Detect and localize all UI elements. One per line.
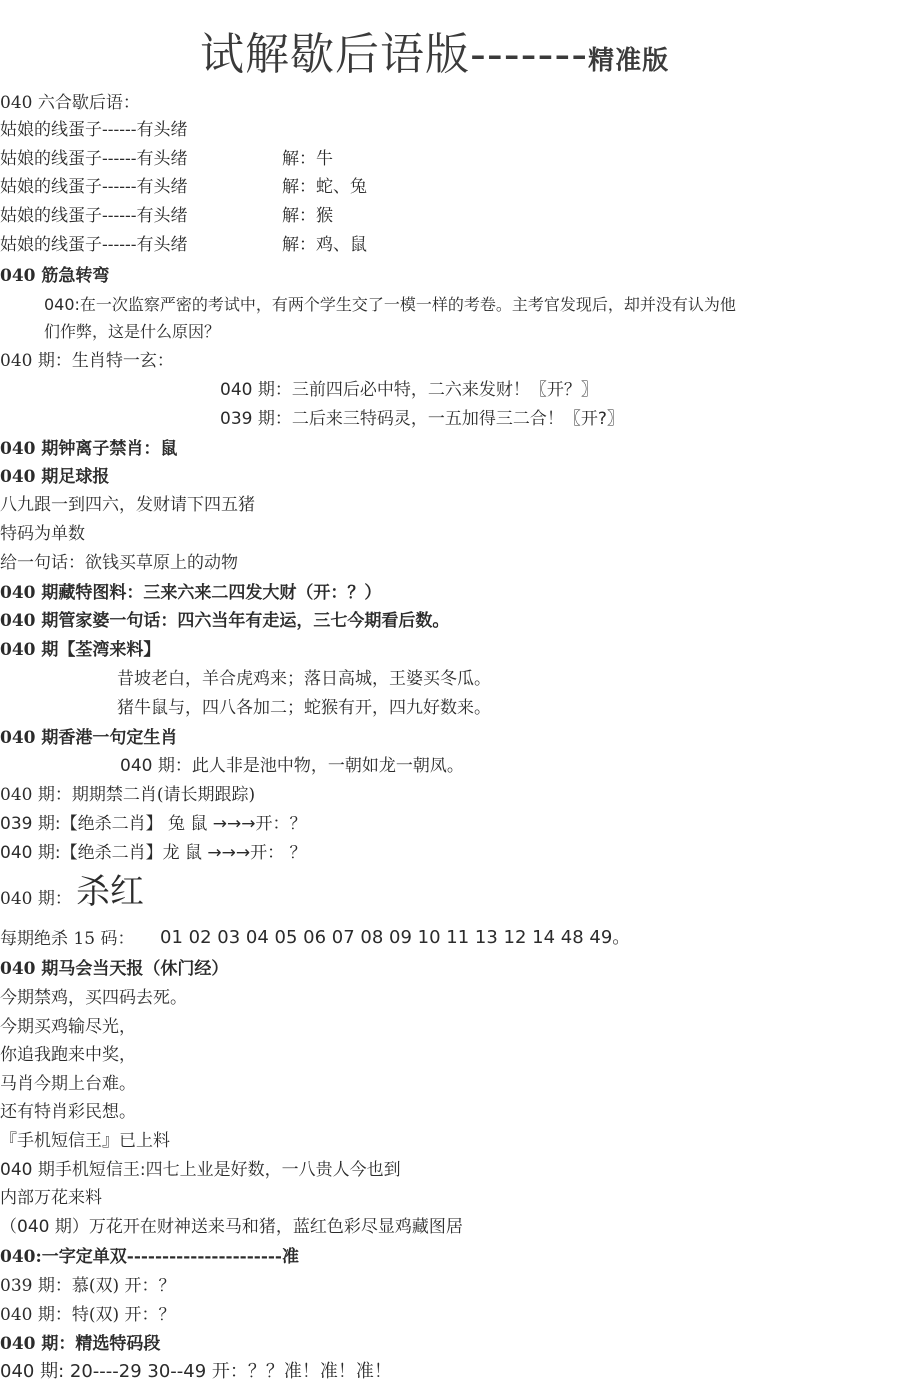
shahong-value: 杀红: [76, 872, 144, 912]
sms-line: 040 期手机短信王:四七上业是好数，一八贵人今也到: [0, 1159, 401, 1181]
quanwan-line: 昔坡老白，羊合虎鸡来；落日高城，王婆买冬瓜。: [117, 668, 491, 690]
mahui-line: 马肖今期上台难。: [0, 1073, 136, 1095]
jin2-039: 039 期:【绝杀二肖】 兔 鼠 →→→开：？: [0, 813, 307, 835]
shengxiao-heading: 040 期：生肖特一玄：: [0, 350, 174, 372]
kill15-numbers: 01 02 03 04 05 06 07 08 09 10 11 13 12 1…: [160, 927, 630, 949]
zhongli-forbid: 040 期钟离子禁肖：鼠: [0, 438, 177, 460]
quanwan-line: 猪牛鼠与，四八各加二；蛇猴有开，四九好数来。: [117, 697, 491, 719]
football-heading: 040 期足球报: [0, 466, 109, 488]
title-main: 试解歇后语版: [200, 29, 470, 80]
cangte-line: 040 期藏特图料：三来六来二四发大财（开：？）: [0, 582, 381, 604]
football-line: 特码为单数: [0, 523, 85, 545]
hongkong-heading: 040 期香港一句定生肖: [0, 727, 177, 749]
jingxuan-heading: 040 期：精选特码段: [0, 1333, 160, 1355]
mahui-line: 还有特肖彩民想。: [0, 1101, 136, 1123]
riddle-answer: 解：猴: [282, 205, 333, 227]
football-line: 八九跟一到四六，发财请下四五猪: [0, 494, 255, 516]
jin2-040: 040 期:【绝杀二肖】龙 鼠 →→→开： ？: [0, 842, 307, 864]
shengxiao-040: 040 期：三前四后必中特，二六来发财！〖开？〗: [220, 379, 598, 401]
mahui-line: 今期买鸡输尽光，: [0, 1016, 136, 1038]
shengxiao-039: 039 期：二后来三特码灵，一五加得三二合！〖开?〗: [220, 408, 624, 430]
sms-heading: 『手机短信王』已上料: [0, 1130, 170, 1152]
mahui-heading: 040 期马会当天报（休门经）: [0, 958, 228, 980]
wanhua-line: （040 期）万花开在财神送来马和猪，蓝红色彩尽显鸡藏图居: [0, 1216, 463, 1238]
riddle-line: 姑娘的线蛋子------有头绪: [0, 205, 187, 227]
riddle-line: 姑娘的线蛋子------有头绪: [0, 176, 187, 198]
brainteaser-question: 040:在一次监察严密的考试中，有两个学生交了一模一样的考卷。主考官发现后，却并…: [44, 294, 736, 316]
page-title: 试解歇后语版-------精准版: [200, 18, 669, 82]
title-dashes: -------: [470, 29, 588, 80]
xiehouyu-heading: 040 六合歇后语：: [0, 92, 140, 114]
football-line: 给一句话：欲钱买草原上的动物: [0, 552, 238, 574]
riddle-answer: 解：蛇、兔: [282, 176, 367, 198]
danshuang-heading: 040:一字定单双----------------------准: [0, 1246, 299, 1268]
danshuang-040: 040 期：特(双) 开：？: [0, 1304, 176, 1326]
hongkong-line: 040 期：此人非是池中物，一朝如龙一朝凤。: [120, 755, 464, 777]
quanwan-heading: 040 期【荃湾来料】: [0, 639, 160, 661]
jin2-heading: 040 期：期期禁二肖(请长期跟踪): [0, 784, 255, 806]
riddle-answer: 解：牛: [282, 148, 333, 170]
shahong-label: 040 期：: [0, 888, 72, 910]
title-subtitle: 精准版: [588, 46, 669, 76]
danshuang-039: 039 期：慕(双) 开：？: [0, 1275, 176, 1297]
brainteaser-question-cont: 们作弊，这是什么原因？: [44, 321, 220, 343]
mahui-line: 今期禁鸡，买四码去死。: [0, 987, 187, 1009]
jingxuan-line: 040 期: 20----29 30--49 开：？？准！准！准！: [0, 1361, 392, 1383]
kill15-label: 每期绝杀 15 码：: [0, 928, 134, 950]
brainteaser-heading: 040 筋急转弯: [0, 265, 109, 287]
wanhua-heading: 内部万花来料: [0, 1187, 102, 1209]
riddle-answer: 解：鸡、鼠: [282, 234, 367, 256]
riddle-line: 姑娘的线蛋子------有头绪: [0, 119, 187, 141]
riddle-line: 姑娘的线蛋子------有头绪: [0, 234, 187, 256]
mahui-line: 你追我跑来中奖，: [0, 1044, 136, 1066]
riddle-line: 姑娘的线蛋子------有头绪: [0, 148, 187, 170]
guanjiapo-line: 040 期管家婆一句话：四六当年有走运，三七今期看后数。: [0, 610, 449, 632]
